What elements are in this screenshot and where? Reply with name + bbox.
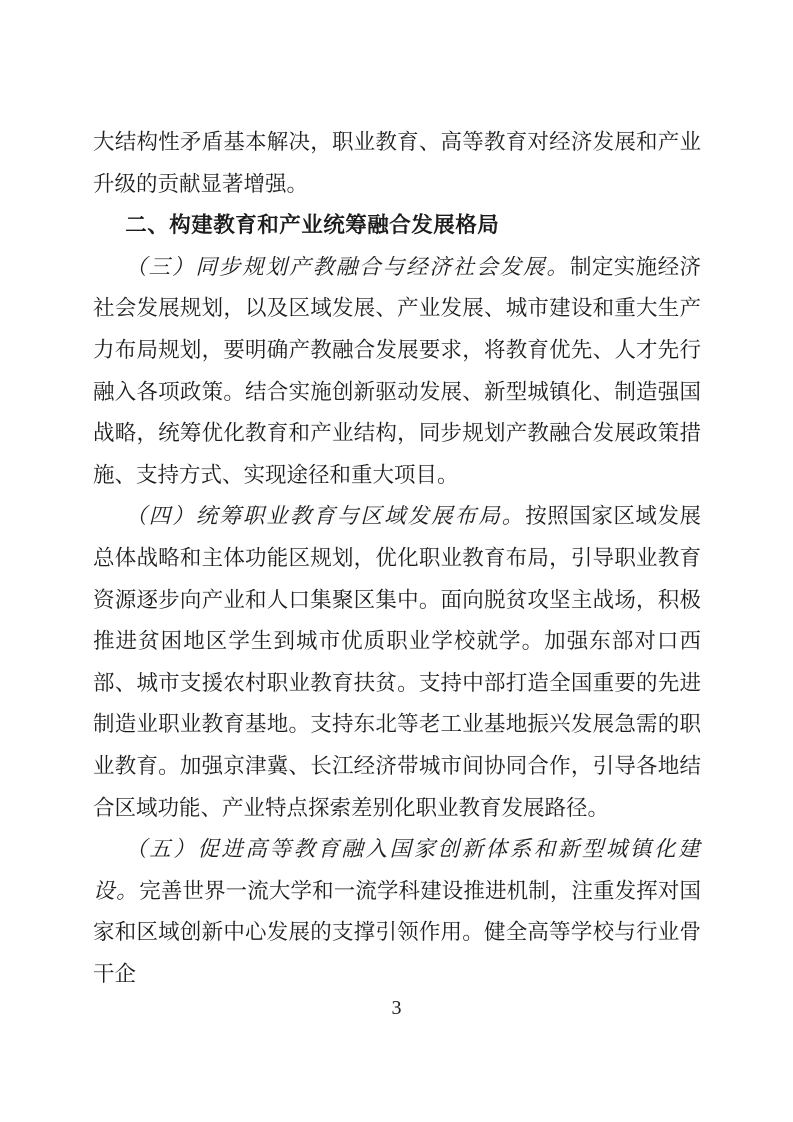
intro-paragraph: 大结构性矛盾基本解决，职业教育、高等教育对经济发展和产业升级的贡献显著增强。 <box>93 122 701 205</box>
paragraph-body: 按照国家区域发展总体战略和主体功能区规划，优化职业教育布局，引导职业教育资源逐步… <box>93 504 701 819</box>
paragraph-body: 制定实施经济社会发展规划，以及区域发展、产业发展、城市建设和重大生产力布局规划，… <box>93 255 701 487</box>
paragraph-lead: （四）统筹职业教育与区域发展布局。 <box>125 504 525 528</box>
section-heading: 二、构建教育和产业统筹融合发展格局 <box>93 205 701 247</box>
document-page: 大结构性矛盾基本解决，职业教育、高等教育对经济发展和产业升级的贡献显著增强。 二… <box>0 0 793 1122</box>
paragraph-lead: （三）同步规划产教融合与经济社会发展。 <box>125 255 570 279</box>
paragraph-item-4: （四）统筹职业教育与区域发展布局。按照国家区域发展总体战略和主体功能区规划，优化… <box>93 496 701 829</box>
document-content: 大结构性矛盾基本解决，职业教育、高等教育对经济发展和产业升级的贡献显著增强。 二… <box>93 122 701 995</box>
paragraph-body: 完善世界一流大学和一流学科建设推进机制，注重发挥对国家和区域创新中心发展的支撑引… <box>93 879 701 986</box>
paragraph-item-5: （五）促进高等教育融入国家创新体系和新型城镇化建设。完善世界一流大学和一流学科建… <box>93 829 701 995</box>
paragraph-item-3: （三）同步规划产教融合与经济社会发展。制定实施经济社会发展规划，以及区域发展、产… <box>93 247 701 497</box>
page-number: 3 <box>0 997 793 1020</box>
